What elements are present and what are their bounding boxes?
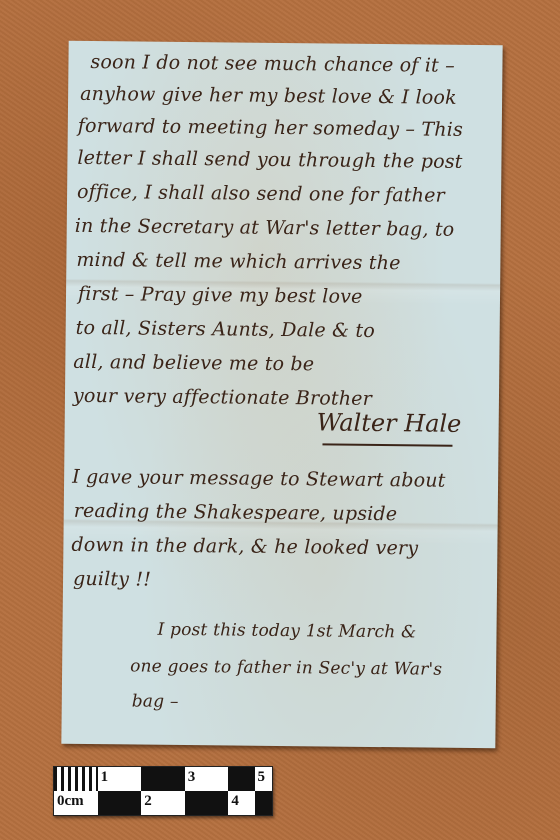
scale-cell	[185, 791, 229, 815]
scale-cell: 3	[185, 767, 229, 791]
scale-cell: 4	[228, 791, 272, 815]
letter-line: anyhow give her my best love & I look	[80, 83, 457, 109]
scale-cell: 1	[98, 767, 142, 791]
postscript-line: down in the dark, & he looked very	[71, 534, 418, 560]
scale-cell: 0cm	[54, 791, 98, 815]
note-line: I post this today 1st March &	[157, 620, 416, 643]
letter-line: all, and believe me to be	[73, 351, 314, 376]
postscript-line: reading the Shakespeare, upside	[74, 500, 398, 525]
scale-cell	[141, 767, 185, 791]
letter-line: to all, Sisters Aunts, Dale & to	[76, 317, 375, 342]
postscript-line: I gave your message to Stewart about	[72, 466, 446, 492]
scale-cell: 5	[228, 767, 272, 791]
letter-line: in the Secretary at War's letter bag, to	[75, 215, 455, 241]
letter-line: your very affectionate Brother	[73, 385, 372, 410]
scale-cell: 2	[141, 791, 185, 815]
postscript-line: guilty !!	[73, 568, 151, 591]
scale-cell	[98, 791, 142, 815]
note-line: bag –	[132, 691, 179, 711]
letter-line: mind & tell me which arrives the	[76, 249, 400, 274]
scale-bar: 1 3 5 0cm 2 4	[53, 766, 273, 816]
scale-cell-mm	[54, 767, 98, 791]
letter-line: forward to meeting her someday – This	[78, 115, 463, 141]
letter-line: letter I shall send you through the post	[77, 147, 462, 173]
letter-line: soon I do not see much chance of it –	[90, 51, 455, 77]
letter-line: first – Pray give my best love	[78, 283, 363, 308]
note-line: one goes to father in Sec'y at War's	[130, 656, 442, 679]
signature-underline	[322, 443, 452, 446]
letter-line: office, I shall also send one for father	[77, 181, 445, 207]
signature: Walter Hale	[317, 408, 462, 438]
letter-page: soon I do not see much chance of it – an…	[61, 41, 502, 749]
